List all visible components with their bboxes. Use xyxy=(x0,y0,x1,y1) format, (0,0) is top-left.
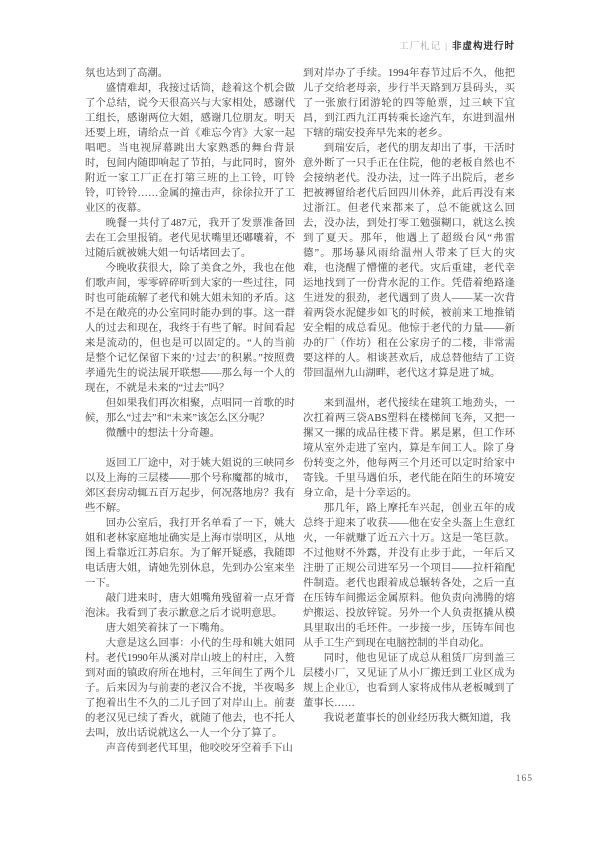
paragraph: 到对岸办了手续。1994年春节过后不久，他把儿子交给老母亲，步行半天路到万县码头… xyxy=(303,66,515,141)
page-number: 165 xyxy=(516,774,533,784)
paragraph: 微醺中的想法十分奇趣。 xyxy=(85,426,295,441)
paragraph: 唐大姐笑着抹了一下嘴角。 xyxy=(85,621,295,636)
page-header: 工厂札记|非虚构进行时 xyxy=(399,38,515,52)
header-chapter-title: 非虚构进行时 xyxy=(452,42,515,52)
paragraph: 同时，他也见证了成总从租赁厂房到盖三层楼小厂，又见证了从小厂搬迁到工业区成为规上… xyxy=(303,651,515,711)
paragraph: 氛也达到了高潮。 xyxy=(85,66,295,81)
paragraph: 来到温州，老代接续在建筑工地劲头，一次扛着两三袋ABS塑料在楼梯间飞奔，又把一摞… xyxy=(303,396,515,501)
paragraph: 到瑞安后，老代的朋友却出了事，干活时意外断了一只手正在住院，他的老板自然也不会接… xyxy=(303,141,515,381)
paragraph: 但如果我们再次相聚，点唱同一首歌的时候，那么“过去”和“未来”该怎么区分呢？ xyxy=(85,396,295,426)
paragraph: 返回工厂途中，对于姚大姐说的三峡同乡以及上海的三层楼——那个号称魔都的城市，郊区… xyxy=(85,456,295,516)
paragraph: 回办公室后，我打开名单看了一下，姚大姐和老林家庭地址确实是上海市崇明区，从地图上… xyxy=(85,516,295,591)
header-separator: | xyxy=(445,42,448,52)
text-column-right: 到对岸办了手续。1994年春节过后不久，他把儿子交给老母亲，步行半天路到万县码头… xyxy=(303,66,515,726)
header-series-label: 工厂札记 xyxy=(399,42,441,52)
paragraph: 晚餐一共付了487元，我开了发票准备回去在工会里报销。老代见状嘴里还嘟囔着，不过… xyxy=(85,216,295,261)
paragraph: 声音传到老代耳里，他咬咬牙空着手下山 xyxy=(85,741,295,756)
paragraph: 那几年，路上摩托车兴起，创业五年的成总终于迎来了收获——他在安全头盔上生意红火，… xyxy=(303,501,515,651)
paragraph: 敲门进来时，唐大姐嘴角残留着一点牙膏泡沫。我看到了表示歉意之后才说明意思。 xyxy=(85,591,295,621)
text-column-left: 氛也达到了高潮。盛情难却，我接过话筒，趁着这个机会做了个总结，说今天很高兴与大家… xyxy=(85,66,295,756)
paragraph: 大意是这么回事：小代的生母和姚大姐同村。老代1990年从溪对岸山坡上的村庄，入赘… xyxy=(85,636,295,741)
paragraph: 我说老董事长的创业经历我大概知道，我 xyxy=(303,711,515,726)
paragraph: 今晚收获很大，除了美食之外，我也在他们歌声间，零零碎碎听到大家的一些过往，同时也… xyxy=(85,261,295,396)
paragraph: 盛情难却，我接过话筒，趁着这个机会做了个总结，说今天很高兴与大家相处，感谢代工组… xyxy=(85,81,295,216)
book-page: 工厂札记|非虚构进行时 氛也达到了高潮。盛情难却，我接过话筒，趁着这个机会做了个… xyxy=(0,0,595,842)
